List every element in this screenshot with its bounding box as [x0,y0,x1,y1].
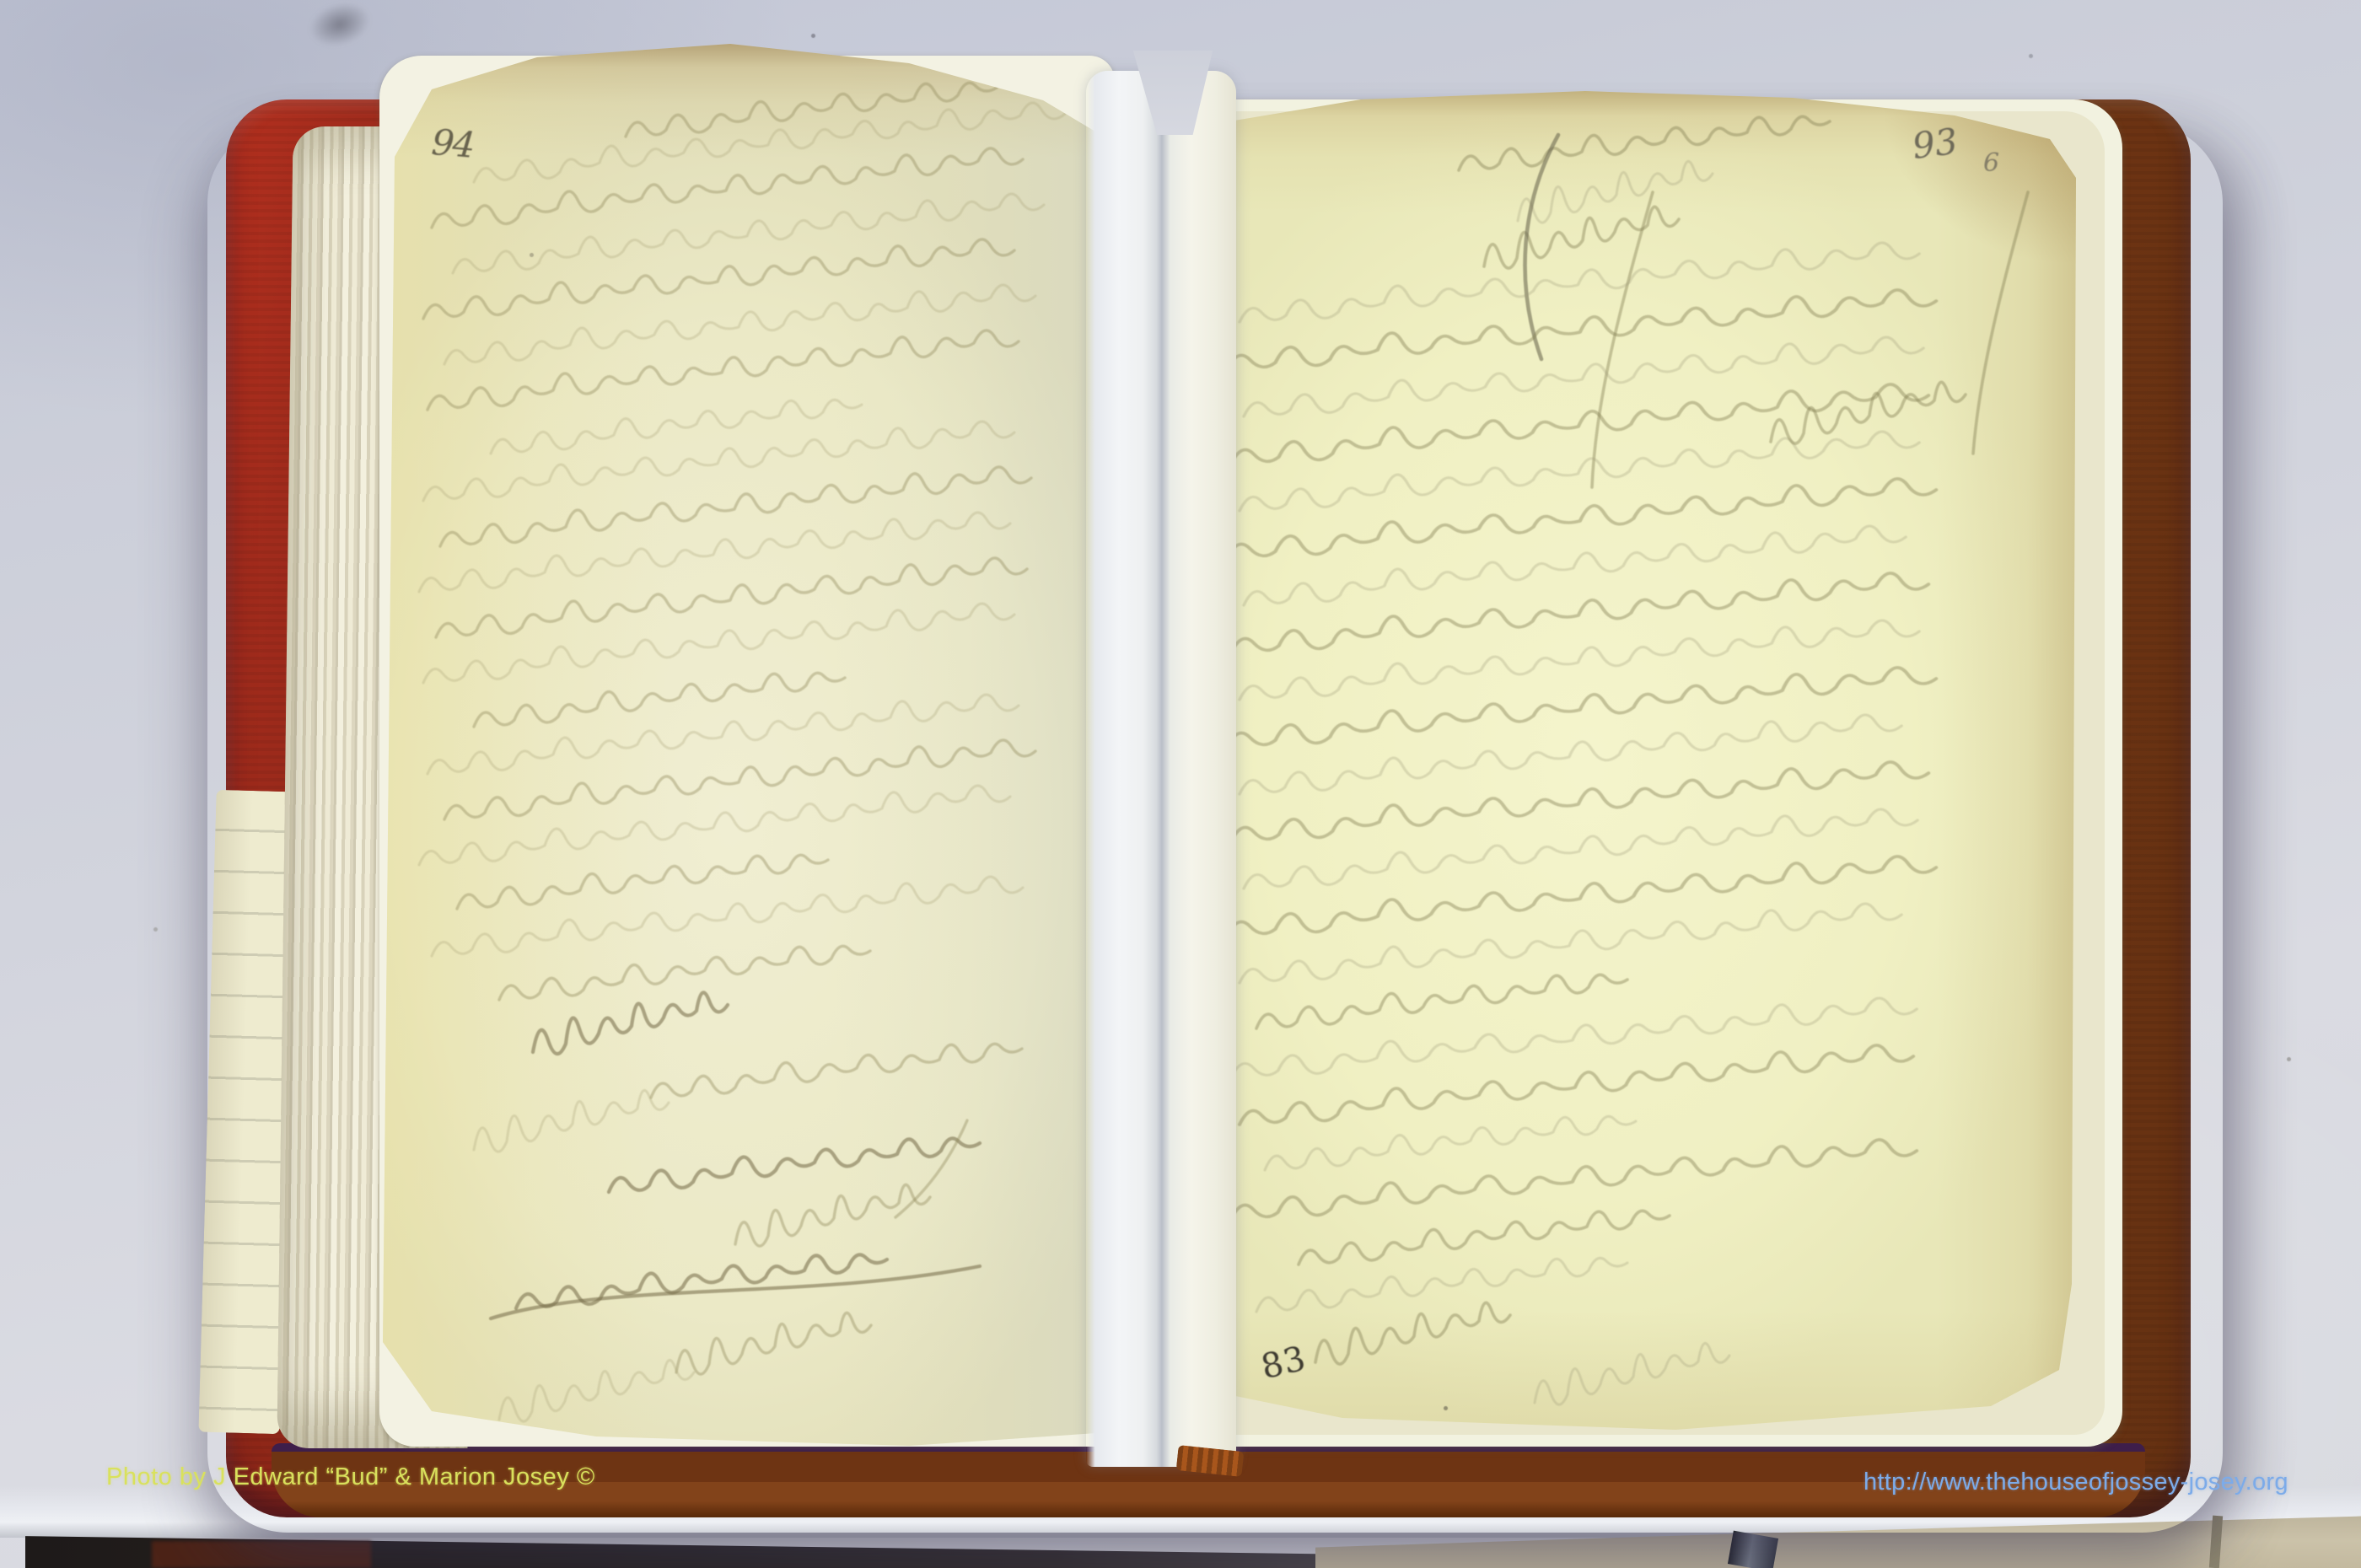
photo-scene: 94 93 6 83 Photo by J Edward “Bud” & Mar… [0,0,2361,1568]
website-watermark: http://www.thehouseofjossey-josey.org [1864,1469,2288,1496]
left-handwriting-lines [419,83,1065,1421]
right-page [1180,91,2081,1431]
table-smudge [304,0,376,53]
right-page-handwriting [1180,91,2081,1431]
photo-credit-watermark: Photo by J Edward “Bud” & Marion Josey © [106,1463,595,1491]
floor-dark-red-patch [152,1541,371,1568]
left-page-handwriting [373,44,1118,1457]
left-page-number-mark: 94 [430,121,476,166]
left-page [373,44,1118,1457]
right-handwriting-lines [1227,116,2028,1404]
right-page-secondary-mark: 6 [1983,148,1999,178]
gutter-tissue [1086,71,1236,1467]
dust-specks [0,0,4,4]
right-page-number-mark: 93 [1910,121,1960,167]
